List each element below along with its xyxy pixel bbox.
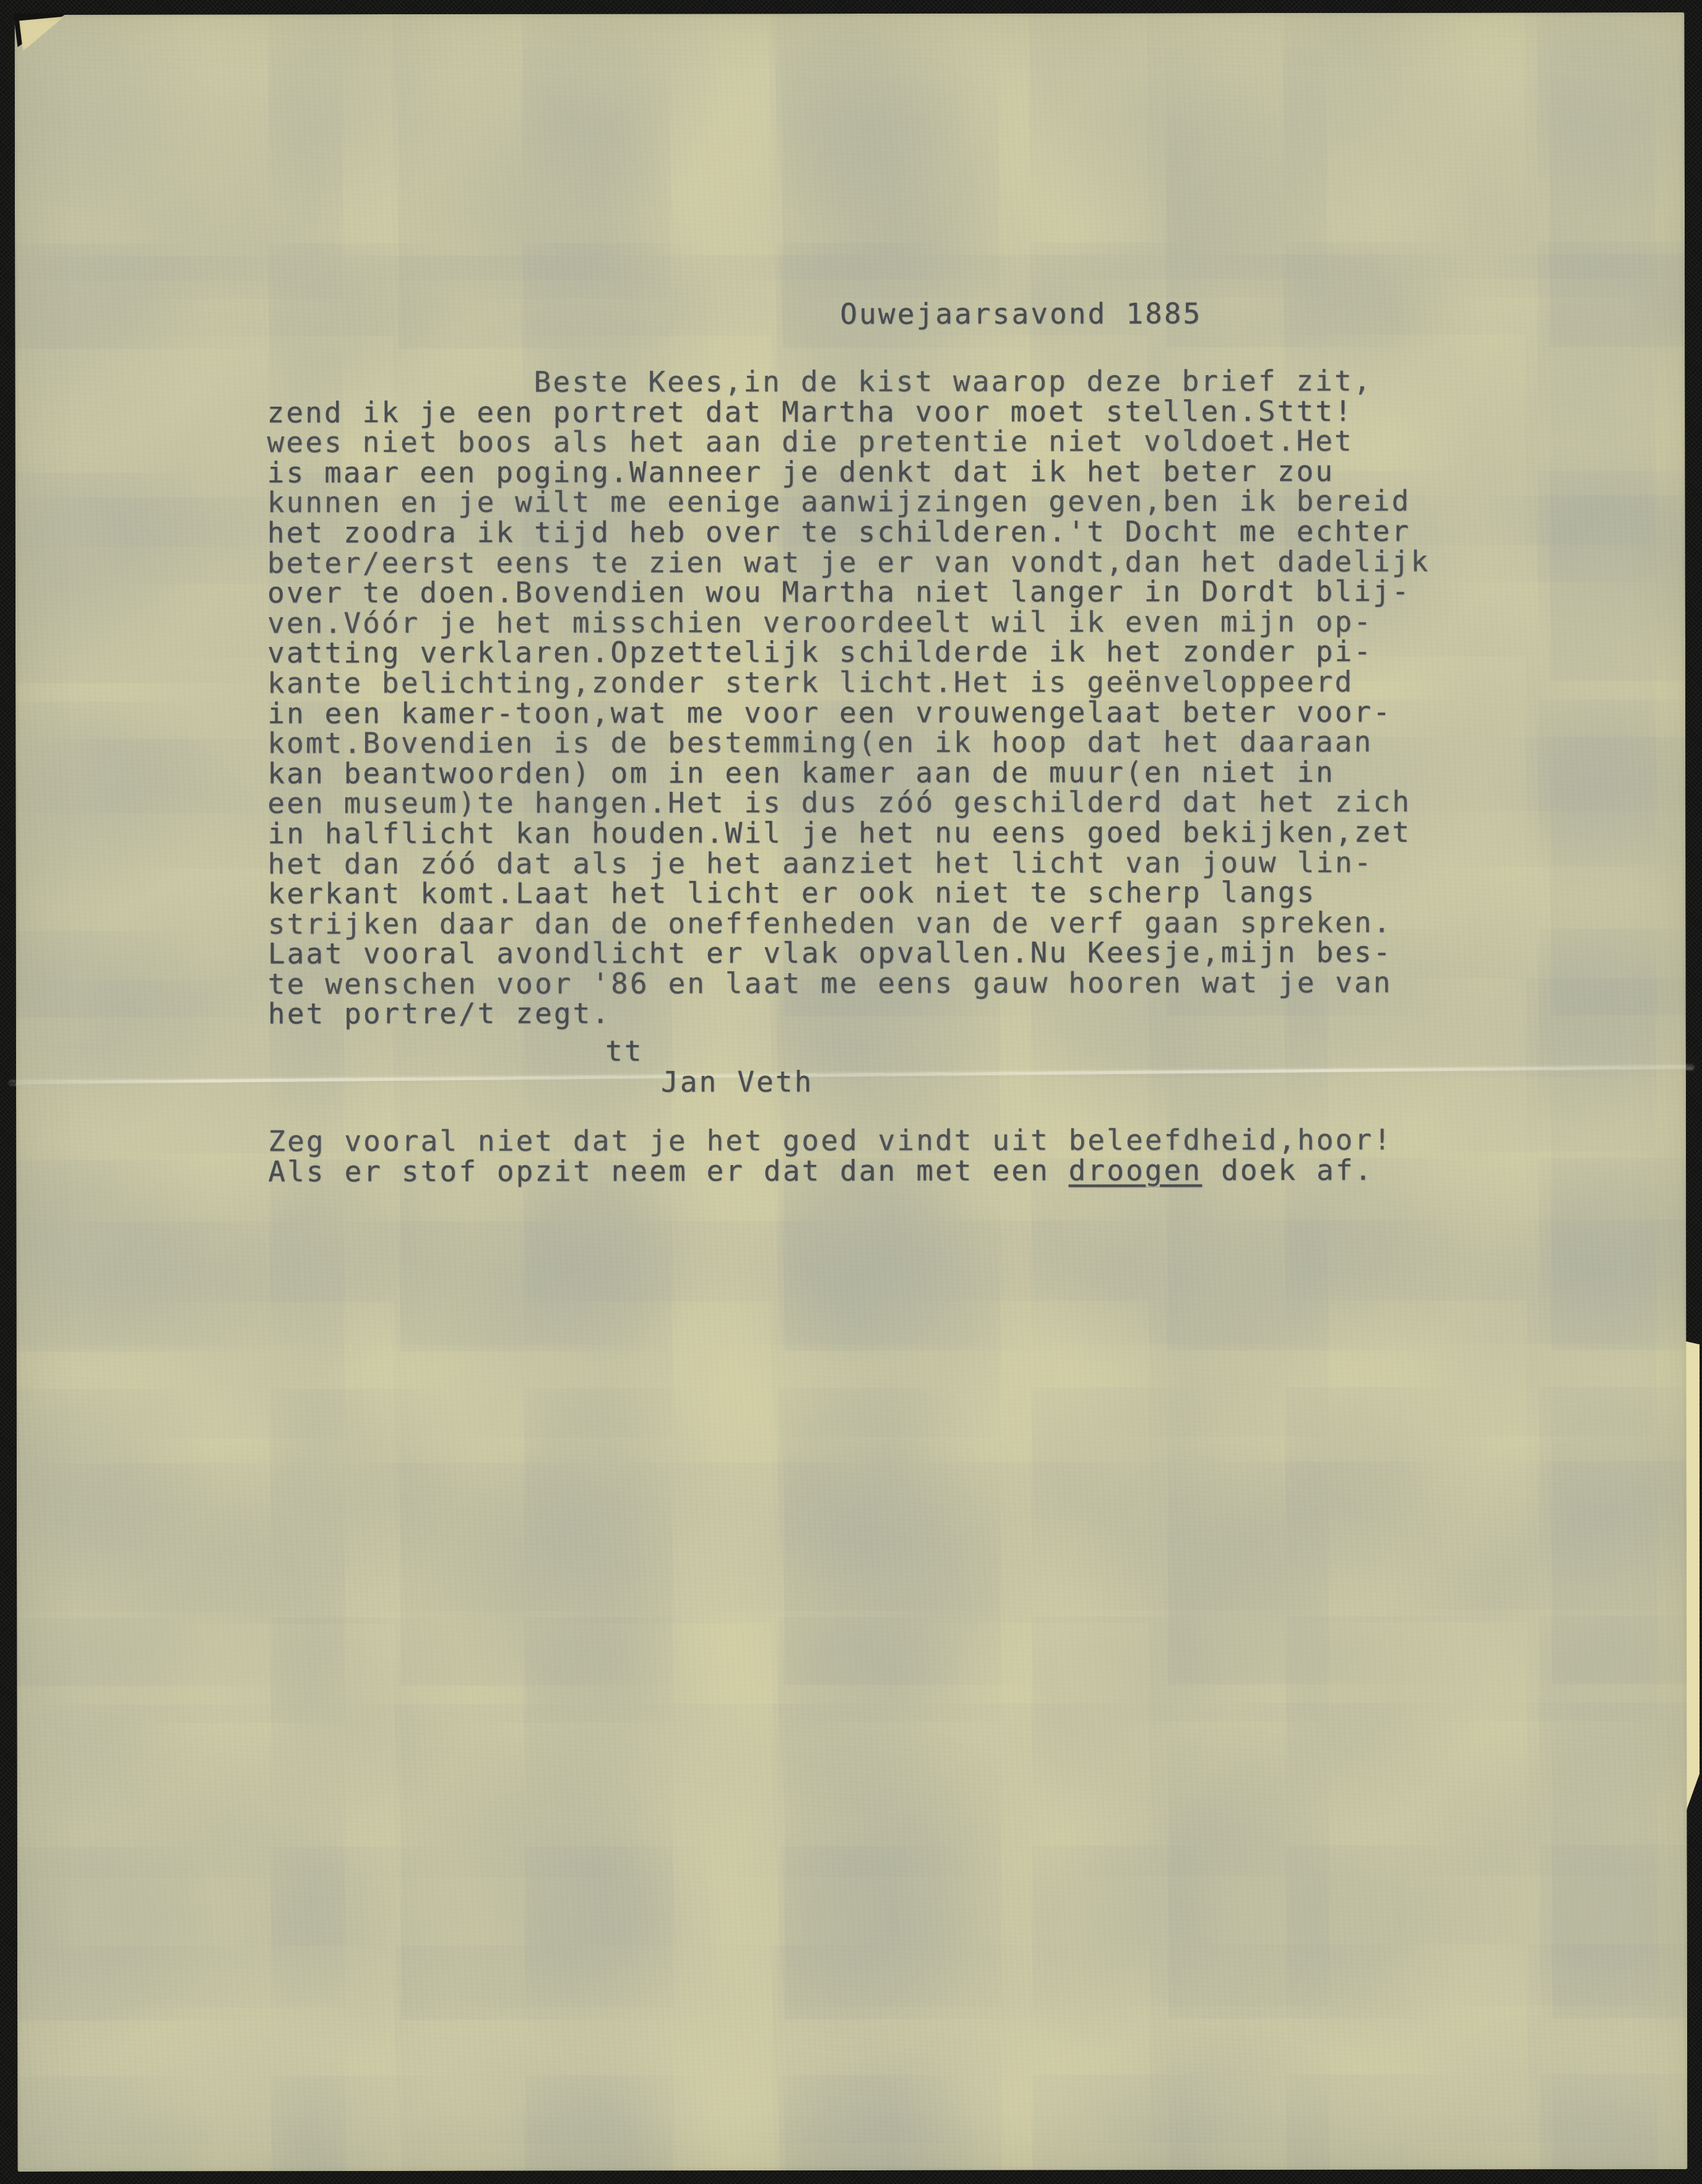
letter-page: Ouwejaarsavond 1885 Beste Kees,in de kis… <box>15 12 1688 2172</box>
letter-line: zend ik je een portret dat Martha voor m… <box>267 396 1430 427</box>
text-segment: doek af. <box>1202 1153 1373 1186</box>
letter-line: kerkant komt.Laat het licht er ook niet … <box>268 877 1431 909</box>
letter-line: Zeg vooral niet dat je het goed vindt ui… <box>268 1125 1393 1156</box>
letter-line: het portre/t zegt. <box>268 997 1431 1029</box>
letter-line: beter/eerst eens te zien wat je er van v… <box>267 546 1430 578</box>
letter-line: komt.Bovendien is de bestemming(en ik ho… <box>267 727 1430 758</box>
letter-signature: Jan Veth <box>661 1067 813 1097</box>
letter-closing: tt <box>605 1036 644 1066</box>
letter-line: in halflicht kan houden.Wil je het nu ee… <box>267 817 1430 849</box>
letter-line: ven.Vóór je het misschien veroordeelt wi… <box>267 606 1430 638</box>
letter-line: het dan zóó dat als je het aanziet het l… <box>267 847 1430 878</box>
letter-postscript: Zeg vooral niet dat je het goed vindt ui… <box>268 1125 1393 1187</box>
letter-line: een museum)te hangen.Het is dus zóó gesc… <box>267 787 1430 818</box>
letter-line: is maar een poging.Wanneer je denkt dat … <box>267 456 1430 487</box>
letter-line: kunnen en je wilt me eenige aanwijzingen… <box>267 486 1430 518</box>
letter-line: strijken daar dan de oneffenheden van de… <box>268 907 1431 938</box>
letter-line: in een kamer-toon,wat me voor een vrouwe… <box>267 696 1430 728</box>
letter-line: het zoodra ik tijd heb over te schildere… <box>267 516 1430 548</box>
letter-line: kan beantwoorden) om in een kamer aan de… <box>267 756 1430 788</box>
folded-corner <box>19 17 64 51</box>
letter-line: over te doen.Bovendien wou Martha niet l… <box>267 576 1430 608</box>
fold-crease <box>10 1065 1693 1084</box>
letter-body: Beste Kees,in de kist waarop deze brief … <box>267 366 1430 1029</box>
letter-date: Ouwejaarsavond 1885 <box>840 298 1202 329</box>
scan-background: Ouwejaarsavond 1885 Beste Kees,in de kis… <box>0 0 1702 2184</box>
letter-line: te wenschen voor '86 en laat me eens gau… <box>268 968 1431 999</box>
letter-line: kante belichting,zonder sterk licht.Het … <box>267 667 1430 698</box>
letter-line: Beste Kees,in de kist waarop deze brief … <box>267 366 1430 397</box>
letter-line: wees niet boos als het aan die pretentie… <box>267 426 1430 457</box>
text-segment: Als er stof opzit neem er dat dan met ee… <box>268 1153 1068 1188</box>
underlined-word: droogen <box>1069 1153 1203 1187</box>
letter-line: vatting verklaren.Opzettelijk schilderde… <box>267 636 1430 668</box>
text-segment: Zeg vooral niet dat je het goed vindt ui… <box>268 1123 1393 1158</box>
letter-line: Laat vooral avondlicht er vlak opvallen.… <box>268 937 1431 969</box>
letter-line: Als er stof opzit neem er dat dan met ee… <box>268 1155 1393 1186</box>
